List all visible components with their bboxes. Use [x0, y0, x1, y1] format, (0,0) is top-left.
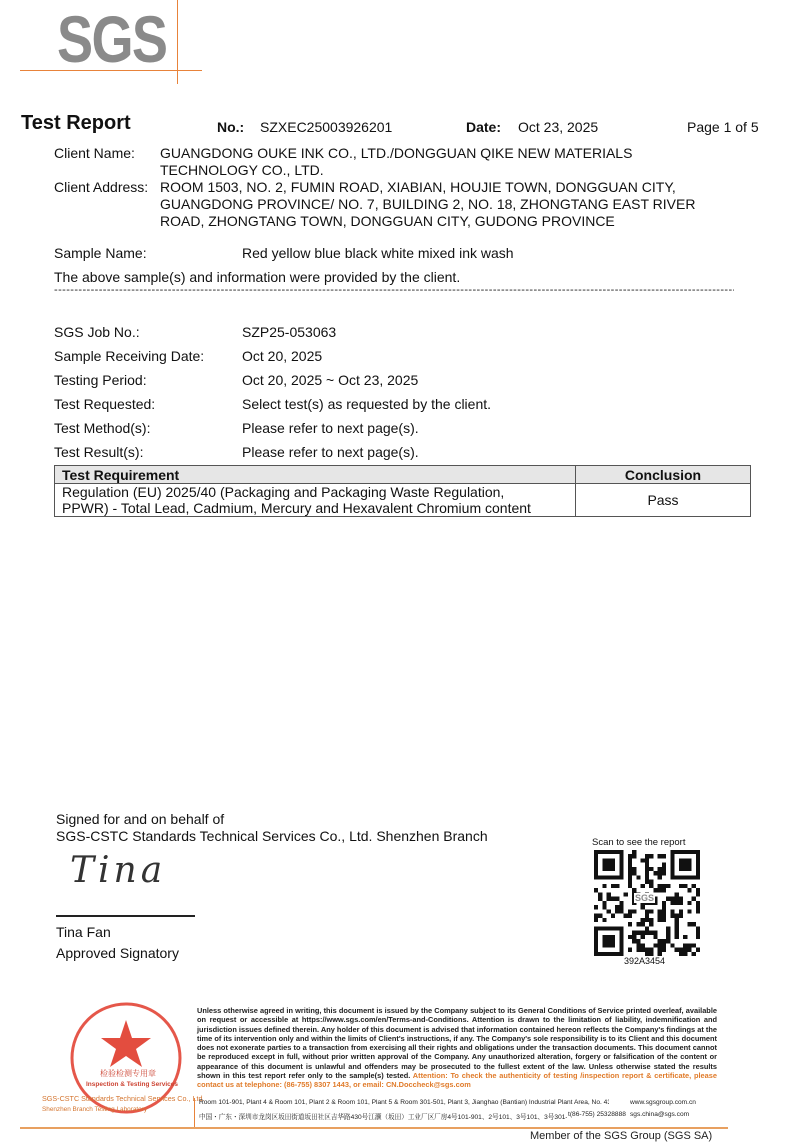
- test-requirement-table: Test Requirement Conclusion Regulation (…: [54, 465, 751, 517]
- footer-vertical-line: [194, 1098, 195, 1128]
- signature-line: [56, 915, 195, 917]
- logo-vertical-line: [177, 0, 178, 84]
- qr-code-text: 392A3454: [624, 956, 665, 966]
- signatory-title: Approved Signatory: [56, 945, 179, 962]
- detail-value: Select test(s) as requested by the clien…: [242, 392, 491, 416]
- detail-value: Please refer to next page(s).: [242, 440, 491, 464]
- handwritten-signature: Tina: [70, 850, 166, 891]
- client-name-line: TECHNOLOGY CO., LTD.: [160, 162, 632, 179]
- sgs-logo: SGS: [57, 4, 166, 74]
- qr-caption: Scan to see the report: [592, 837, 685, 848]
- client-address-line: ROOM 1503, NO. 2, FUMIN ROAD, XIABIAN, H…: [160, 179, 695, 196]
- signed-for-text: Signed for and on behalf of: [56, 811, 224, 828]
- detail-value: Please refer to next page(s).: [242, 416, 491, 440]
- table-row: Regulation (EU) 2025/40 (Packaging and P…: [55, 484, 751, 517]
- detail-label: SGS Job No.:: [54, 320, 204, 344]
- report-no-value: SZXEC25003926201: [260, 119, 392, 135]
- sample-name-value: Red yellow blue black white mixed ink wa…: [242, 245, 514, 262]
- client-address-value: ROOM 1503, NO. 2, FUMIN ROAD, XIABIAN, H…: [160, 179, 695, 230]
- stamp-english-text: Inspection & Testing Services: [86, 1081, 178, 1088]
- page-number: Page 1 of 5: [687, 119, 759, 135]
- stamp-company-text: SGS-CSTC Standards Technical Services Co…: [42, 1094, 204, 1103]
- requirement-line: PPWR) - Total Lead, Cadmium, Mercury and…: [62, 500, 568, 516]
- signing-company: SGS-CSTC Standards Technical Services Co…: [56, 828, 488, 845]
- client-name-line: GUANGDONG OUKE INK CO., LTD./DONGGUAN QI…: [160, 145, 632, 162]
- qr-code-icon[interactable]: [594, 850, 700, 956]
- date-value: Oct 23, 2025: [518, 119, 598, 135]
- date-label: Date:: [466, 119, 501, 135]
- client-address-line: GUANGDONG PROVINCE/ NO. 7, BUILDING 2, N…: [160, 196, 695, 213]
- requirement-line: Regulation (EU) 2025/40 (Packaging and P…: [62, 484, 568, 500]
- legal-disclaimer: Unless otherwise agreed in writing, this…: [197, 1006, 717, 1090]
- table-header-row: Test Requirement Conclusion: [55, 466, 751, 484]
- details-labels: SGS Job No.: Sample Receiving Date: Test…: [54, 320, 204, 464]
- stamp-mid-text: 检验检测专用章: [100, 1068, 156, 1079]
- detail-value: Oct 20, 2025: [242, 344, 491, 368]
- client-name-value: GUANGDONG OUKE INK CO., LTD./DONGGUAN QI…: [160, 145, 632, 179]
- logo-horizontal-line: [20, 70, 202, 71]
- footer-horizontal-line: [20, 1127, 728, 1129]
- address-english: Room 101-901, Plant 4 & Room 101, Plant …: [199, 1099, 609, 1106]
- client-address-line: ROAD, ZHONGTANG TOWN, DONGGUAN CITY, GUD…: [160, 213, 695, 230]
- website[interactable]: www.sgsgroup.com.cn: [630, 1099, 696, 1106]
- requirement-cell: Regulation (EU) 2025/40 (Packaging and P…: [55, 484, 576, 517]
- qr-sgs-label: SGS: [634, 893, 655, 903]
- sgs-member-text: Member of the SGS Group (SGS SA): [530, 1130, 712, 1142]
- client-name-label: Client Name:: [54, 145, 135, 162]
- email[interactable]: sgs.china@sgs.com: [630, 1111, 689, 1118]
- detail-label: Sample Receiving Date:: [54, 344, 204, 368]
- detail-label: Test Requested:: [54, 392, 204, 416]
- details-values: SZP25-053063 Oct 20, 2025 Oct 20, 2025 ~…: [242, 320, 491, 464]
- detail-value: SZP25-053063: [242, 320, 491, 344]
- address-chinese: 中国・广东・深圳市龙岗区坂田街道坂田社区吉华路430号江灏（坂田）工业厂区厂房4…: [199, 1111, 567, 1121]
- column-header-conclusion: Conclusion: [576, 466, 751, 484]
- phone: t(86-755) 25328888: [568, 1111, 626, 1118]
- client-address-label: Client Address:: [54, 179, 148, 196]
- disclaimer-text: Unless otherwise agreed in writing, this…: [197, 1006, 717, 1080]
- report-title: Test Report: [21, 112, 131, 135]
- sample-name-label: Sample Name:: [54, 245, 147, 262]
- dashed-separator: ----------------------------------------…: [54, 284, 734, 296]
- column-header-requirement: Test Requirement: [55, 466, 576, 484]
- detail-label: Test Method(s):: [54, 416, 204, 440]
- detail-label: Test Result(s):: [54, 440, 204, 464]
- signatory-name: Tina Fan: [56, 924, 111, 941]
- stamp-branch-text: Shenzhen Branch Testing Laboratory: [42, 1106, 147, 1113]
- detail-value: Oct 20, 2025 ~ Oct 23, 2025: [242, 368, 491, 392]
- report-no-label: No.:: [217, 119, 244, 135]
- conclusion-cell: Pass: [576, 484, 751, 517]
- detail-label: Testing Period:: [54, 368, 204, 392]
